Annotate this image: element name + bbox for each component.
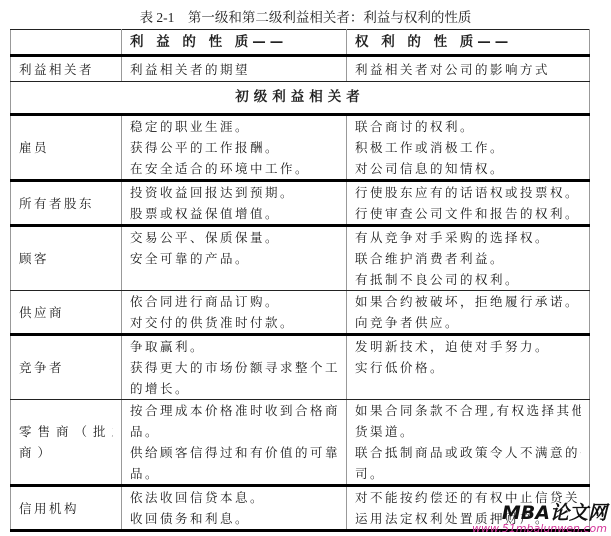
interest-item: 获得更大的市场份额寻求整个工业	[130, 357, 338, 378]
right-item: 向竞争者供应。	[355, 312, 581, 333]
table-row: 供应商 依合同进行商品订购。 对交付的供货准时付款。 如果合约被破坏，拒绝履行承…	[11, 291, 590, 335]
right-item: 实行低价格。	[355, 357, 581, 378]
table-caption: 表 2-1 第一级和第二级利益相关者：利益与权利的性质	[0, 6, 611, 26]
right-item: 货渠道。	[355, 421, 581, 442]
watermark-title: MBA论文网	[472, 504, 607, 523]
interest-item: 投资收益回报达到预期。	[130, 182, 338, 203]
table-row: 竞争者 争取赢利。 获得更大的市场份额寻求整个工业 的增长。 发明新技术，迫使对…	[11, 335, 590, 400]
table-row: 所有者股东 投资收益回报达到预期。 股票或权益保值增值。 行使股东应有的话语权或…	[11, 181, 590, 226]
rights-cell: 如果合同条款不合理,有权选择其他供 货渠道。 联合抵制商品或政策令人不满意的公 …	[347, 400, 590, 486]
table-header-row: 利 益 的 性 质—— 权 利 的 性 质——	[11, 30, 590, 56]
stakeholder-cell: 雇员	[11, 115, 122, 181]
definition-rights: 利益相关者对公司的影响方式	[347, 56, 590, 82]
interest-item: 交易公平、保质保量。	[130, 227, 338, 248]
interests-cell: 稳定的职业生涯。 获得公平的工作报酬。 在安全适合的环境中工作。	[122, 115, 347, 181]
interest-item: 依合同进行商品订购。	[130, 291, 338, 312]
interest-item: 在安全适合的环境中工作。	[130, 158, 338, 179]
interest-item: 供给顾客信得过和有价值的可靠产	[130, 442, 338, 463]
rights-cell: 有从竞争对手采购的选择权。 联合维护消费者利益。 有抵制不良公司的权利。	[347, 226, 590, 291]
interest-item: 股票或权益保值增值。	[130, 203, 338, 224]
right-item: 联合维护消费者利益。	[355, 248, 581, 269]
right-item: 司。	[355, 463, 581, 484]
right-item: 如果合同条款不合理,有权选择其他供	[355, 400, 581, 421]
section-heading-row: 初级利益相关者	[11, 82, 590, 115]
interest-item: 获得公平的工作报酬。	[130, 137, 338, 158]
interest-item: 的增长。	[130, 378, 338, 399]
stakeholder-cell: 信用机构	[11, 486, 122, 531]
table-row: 顾客 交易公平、保质保量。 安全可靠的产品。 有从竞争对手采购的选择权。 联合维…	[11, 226, 590, 291]
interests-cell: 争取赢利。 获得更大的市场份额寻求整个工业 的增长。	[122, 335, 347, 400]
stakeholder-cell: 所有者股东	[11, 181, 122, 226]
rights-cell: 联合商讨的权利。 积极工作或消极工作。 对公司信息的知情权。	[347, 115, 590, 181]
right-item: 联合商讨的权利。	[355, 116, 581, 137]
watermark: MBA论文网 www.51mbalunwen.com	[472, 504, 607, 534]
right-item: 联合抵制商品或政策令人不满意的公	[355, 442, 581, 463]
rights-cell: 发明新技术，迫使对手努力。 实行低价格。	[347, 335, 590, 400]
interests-cell: 依法收回信贷本息。 收回债务和利息。	[122, 486, 347, 531]
interest-item: 依法收回信贷本息。	[130, 487, 338, 508]
stakeholder-cell: 零售商（批发 商）	[11, 400, 122, 486]
interest-item: 收回债务和利息。	[130, 508, 338, 529]
section-heading-primary: 初级利益相关者	[11, 82, 590, 115]
stakeholder-line: 零售商（批发	[19, 421, 113, 442]
interests-cell: 交易公平、保质保量。 安全可靠的产品。	[122, 226, 347, 291]
interests-cell: 投资收益回报达到预期。 股票或权益保值增值。	[122, 181, 347, 226]
right-item: 有从竞争对手采购的选择权。	[355, 227, 581, 248]
interest-item: 对交付的供货准时付款。	[130, 312, 338, 333]
definition-stakeholder: 利益相关者	[11, 56, 122, 82]
stakeholder-cell: 竞争者	[11, 335, 122, 400]
right-item: 行使股东应有的话语权或投票权。	[355, 182, 581, 203]
rights-cell: 行使股东应有的话语权或投票权。 行使审查公司文件和报告的权利。	[347, 181, 590, 226]
header-cell-rights: 权 利 的 性 质——	[347, 30, 590, 56]
right-item: 发明新技术，迫使对手努力。	[355, 336, 581, 357]
stakeholder-cell: 顾客	[11, 226, 122, 291]
interest-item: 品。	[130, 463, 338, 484]
stakeholder-table: 利 益 的 性 质—— 权 利 的 性 质—— 利益相关者 利益相关者的期望 利…	[10, 29, 590, 532]
right-item: 有抵制不良公司的权利。	[355, 269, 581, 290]
interest-item: 争取赢利。	[130, 336, 338, 357]
watermark-url: www.51mbalunwen.com	[472, 523, 607, 534]
table-row: 零售商（批发 商） 按合理成本价格准时收到合格商 品。 供给顾客信得过和有价值的…	[11, 400, 590, 486]
header-cell-interests: 利 益 的 性 质——	[122, 30, 347, 56]
interests-cell: 依合同进行商品订购。 对交付的供货准时付款。	[122, 291, 347, 335]
table-row: 雇员 稳定的职业生涯。 获得公平的工作报酬。 在安全适合的环境中工作。 联合商讨…	[11, 115, 590, 181]
stakeholder-cell: 供应商	[11, 291, 122, 335]
header-cell-stakeholder	[11, 30, 122, 56]
interest-item: 按合理成本价格准时收到合格商	[130, 400, 338, 421]
definition-row: 利益相关者 利益相关者的期望 利益相关者对公司的影响方式	[11, 56, 590, 82]
right-item: 如果合约被破坏，拒绝履行承诺。	[355, 291, 581, 312]
interest-item: 安全可靠的产品。	[130, 248, 338, 269]
right-item: 积极工作或消极工作。	[355, 137, 581, 158]
stakeholder-line: 商）	[19, 442, 113, 463]
right-item: 行使审查公司文件和报告的权利。	[355, 203, 581, 224]
interests-cell: 按合理成本价格准时收到合格商 品。 供给顾客信得过和有价值的可靠产 品。	[122, 400, 347, 486]
rights-cell: 如果合约被破坏，拒绝履行承诺。 向竞争者供应。	[347, 291, 590, 335]
interest-item: 品。	[130, 421, 338, 442]
interest-item: 稳定的职业生涯。	[130, 116, 338, 137]
right-item: 对公司信息的知情权。	[355, 158, 581, 179]
definition-interests: 利益相关者的期望	[122, 56, 347, 82]
